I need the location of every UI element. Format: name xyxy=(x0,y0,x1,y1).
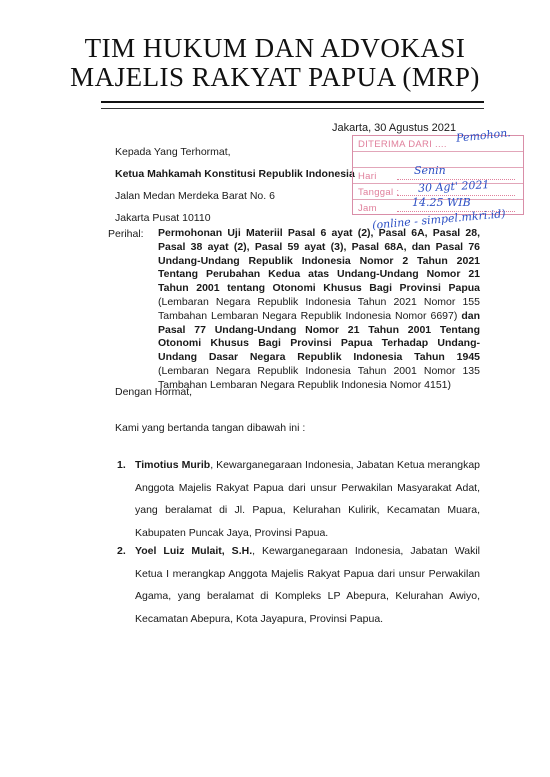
perihal-normal-1: (Lembaran Negara Republik Indonesia Tahu… xyxy=(158,296,480,322)
stamp-day-label: Hari xyxy=(358,171,377,182)
stamp-date-label: Tanggal : xyxy=(358,187,399,198)
intro-text: Kami yang bertanda tangan dibawah ini : xyxy=(115,422,305,434)
recipient-address-1: Jalan Medan Merdeka Barat No. 6 xyxy=(115,185,355,207)
letterhead-rule-thick xyxy=(101,101,484,103)
stamp-received-from-label: DITERIMA DARI .... xyxy=(358,139,447,150)
handwritten-day: Senin xyxy=(414,164,446,177)
letterhead-line-2: MAJELIS RAKYAT PAPUA (MRP) xyxy=(0,63,550,92)
stamp-time-label: Jam xyxy=(358,203,377,214)
petitioner-item: 1. Timotius Murib, Kewarganegaraan Indon… xyxy=(117,454,480,544)
recipient-block: Kepada Yang Terhormat, Ketua Mahkamah Ko… xyxy=(115,141,355,229)
petitioner-number: 1. xyxy=(117,454,126,477)
perihal-label: Perihal: xyxy=(108,228,144,240)
greeting: Dengan Hormat, xyxy=(115,386,192,398)
petitioner-name: Yoel Luiz Mulait, S.H. xyxy=(135,545,252,557)
letterhead: TIM HUKUM DAN ADVOKASI MAJELIS RAKYAT PA… xyxy=(0,34,550,92)
letterhead-rule-thin xyxy=(101,108,484,109)
letter-date: Jakarta, 30 Agustus 2021 xyxy=(332,122,456,134)
petitioner-item: 2. Yoel Luiz Mulait, S.H., Kewarganegara… xyxy=(117,540,480,630)
recipient-address-2: Jakarta Pusat 10110 xyxy=(115,207,355,229)
letterhead-line-1: TIM HUKUM DAN ADVOKASI xyxy=(0,34,550,63)
recipient-name: Ketua Mahkamah Konstitusi Republik Indon… xyxy=(115,163,355,185)
perihal-normal-2: (Lembaran Negara Republik Indonesia Tahu… xyxy=(158,365,480,391)
handwritten-time: 14.25 WIB xyxy=(412,196,471,209)
petitioner-number: 2. xyxy=(117,540,126,563)
perihal-subject: Permohonan Uji Materiil Pasal 6 ayat (2)… xyxy=(158,227,480,393)
petitioner-name: Timotius Murib xyxy=(135,459,210,471)
perihal-bold-1: Permohonan Uji Materiil Pasal 6 ayat (2)… xyxy=(158,227,480,294)
recipient-salutation: Kepada Yang Terhormat, xyxy=(115,141,355,163)
